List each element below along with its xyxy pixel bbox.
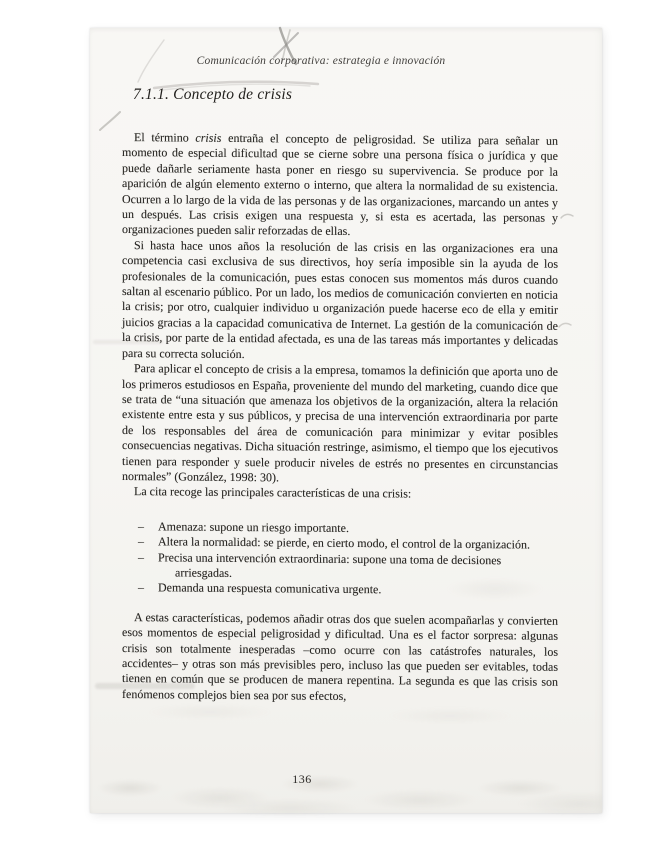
body-text: El término crisis entraña el concepto de… (122, 130, 558, 706)
list-item: –Precisa una intervención extraordinaria… (122, 550, 558, 585)
crisis-characteristics-list: –Amenaza: supone un riesgo importante. –… (122, 519, 558, 600)
section-heading: 7.1.1. Concepto de crisis (133, 86, 292, 104)
paragraph-text: entraña el concepto de peligrosidad. Se … (122, 131, 558, 239)
running-header: Comunicación corporativa: estrategia e i… (65, 55, 577, 67)
paragraph-closing: A estas características, podemos añadir … (122, 610, 558, 706)
page-number: 136 (242, 772, 362, 787)
list-dash: – (138, 581, 144, 596)
list-item-text: Demanda una respuesta comunicativa urgen… (158, 581, 381, 597)
pencil-squiggle-icon (560, 211, 574, 221)
scan-background: Comunicación corporativa: estrategia e i… (0, 0, 655, 848)
term-crisis: crisis (195, 131, 221, 145)
paragraph-crisis-quote: Para aplicar el concepto de crisis a la … (122, 361, 558, 488)
pencil-tick-icon (98, 110, 122, 132)
paragraph-crisis-resolution: Si hasta hace unos años la resolución de… (122, 238, 558, 365)
list-item-text: Precisa una intervención extraordinaria:… (158, 550, 501, 580)
list-dash: – (138, 519, 144, 534)
list-dash: – (138, 534, 144, 549)
pencil-squiggle-icon (558, 320, 572, 330)
list-dash: – (138, 550, 144, 565)
book-page: Comunicación corporativa: estrategia e i… (90, 28, 602, 813)
paragraph-text: El término (134, 130, 195, 145)
list-intro: La cita recoge las principales caracterí… (122, 484, 558, 503)
paragraph-crisis-definition: El término crisis entraña el concepto de… (122, 130, 558, 242)
list-item-text: Altera la normalidad: se pierde, en cier… (158, 534, 530, 551)
list-item-text: Amenaza: supone un riesgo importante. (158, 519, 349, 535)
list-item: –Demanda una respuesta comunicativa urge… (122, 580, 558, 599)
